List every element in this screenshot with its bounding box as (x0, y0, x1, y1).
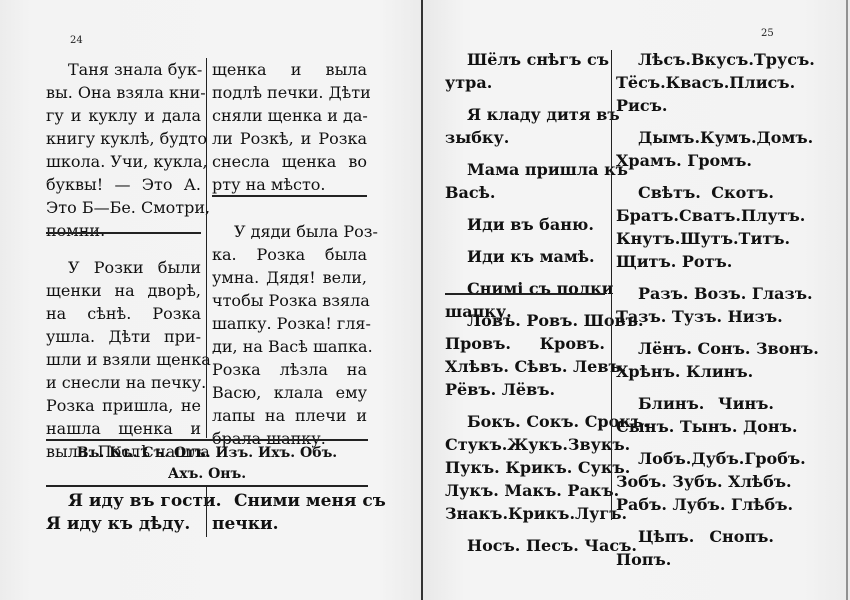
prepositions-line: Ахъ. Онъ. (46, 464, 368, 485)
sentence-going-visiting: Я иду въ гости.Я иду къ дѣду. (46, 490, 201, 536)
text-line: и снесли на печку. (46, 371, 201, 394)
text-line: утра. (445, 71, 605, 94)
text-line: Лукъ. Макъ. Ракъ. (445, 479, 605, 502)
divider (46, 485, 368, 487)
text-line: Сынъ. Тынъ. Донъ. (616, 415, 774, 438)
divider (212, 195, 367, 197)
text-line: Розка лѣзла на (212, 358, 367, 381)
text-line: Я иду къ дѣду. (46, 513, 201, 536)
text-line: Это Б—Бе. Смотри, (46, 196, 201, 219)
text-line: умна. Дядя! вели, (212, 266, 367, 289)
story-uncle-rozka: У дяди была Роз-ка. Розка былаумна. Дядя… (212, 220, 367, 450)
text-line: сняли щенка и да- (212, 104, 367, 127)
text-line: Хлѣвъ. Сѣвъ. Левъ. (445, 355, 605, 378)
text-line: Носъ. Песъ. Часъ. (445, 534, 605, 557)
word-group: Разъ. Возъ. Глазъ.Тазъ. Тузъ. Низъ. (616, 282, 774, 328)
text-line: Розка пришла, не (46, 394, 201, 417)
text-line: лапы на плечи и (212, 404, 367, 427)
page-number-left: 24 (70, 35, 83, 46)
text-line: Васѣ. (445, 181, 605, 204)
text-line: шапку. Розка! гля- (212, 312, 367, 335)
text-line: Попъ. (616, 548, 774, 571)
text-line: шли и взяли щенка (46, 348, 201, 371)
text-line: Ловъ. Ровъ. Шовъ. (445, 309, 605, 332)
column-rule (611, 50, 612, 520)
text-line: Хрѣнъ. Клинъ. (616, 360, 774, 383)
column-rule (206, 487, 207, 537)
text-line: Знакъ.Крикъ.Лугъ. (445, 502, 605, 525)
text-line: Пукъ. Крикъ. Сукъ. (445, 456, 605, 479)
text-line: Дымъ.Кумъ.Домъ. (616, 126, 774, 149)
sentence: Шёлъ снѣгъ съутра. (445, 48, 605, 94)
text-line: Васю, клала ему (212, 381, 367, 404)
story-rozka-puppies: У Розки былищенки на дворѣ,на сѣнѣ. Розк… (46, 256, 201, 463)
text-line: книгу куклѣ, будто (46, 127, 201, 150)
sentence: Иди къ мамѣ. (445, 245, 605, 268)
divider (445, 293, 605, 295)
text-line: Братъ.Сватъ.Плутъ. (616, 204, 774, 227)
story-tanya: Таня знала бук-вы. Она взяла кни-гу и ку… (46, 58, 201, 242)
sentences-column: Шёлъ снѣгъ съутра.Я кладу дитя възыбку.М… (445, 48, 605, 332)
sentence: Иди въ баню. (445, 213, 605, 236)
text-line: Иди къ мамѣ. (445, 245, 605, 268)
text-line: Сними меня съ (212, 490, 367, 513)
text-line: печки. (212, 513, 367, 536)
word-group: Носъ. Песъ. Часъ. (445, 534, 605, 557)
text-line: ли Розкѣ, и Розка (212, 127, 367, 150)
text-line: Таня знала бук- (46, 58, 201, 81)
text-line: на сѣнѣ. Розка (46, 302, 201, 325)
text-line: щенки на дворѣ, (46, 279, 201, 302)
word-group: Бокъ. Сокъ. Срокъ.Стукъ.Жукъ.Звукъ.Пукъ.… (445, 410, 605, 525)
text-line: Снимі съ полки (445, 277, 605, 300)
text-line: Лѣсъ.Вкусъ.Трусъ. (616, 48, 774, 71)
text-line: Стукъ.Жукъ.Звукъ. (445, 433, 605, 456)
page-number-right: 25 (761, 28, 774, 39)
text-line: помни. (46, 219, 201, 242)
text-line: Тазъ. Тузъ. Низъ. (616, 305, 774, 328)
story-continuation: щенка и вылаподлѣ печки. Дѣтисняли щенка… (212, 58, 367, 196)
text-line: зыбку. (445, 126, 605, 149)
book-spine (421, 0, 423, 600)
text-line: Рабъ. Лубъ. Глѣбъ. (616, 493, 774, 516)
text-line: Я иду въ гости. (46, 490, 201, 513)
text-line: снесла щенка во (212, 150, 367, 173)
word-groups-right: Лѣсъ.Вкусъ.Трусъ.Тёсъ.Квасъ.Плисъ.Рисъ.Д… (616, 48, 774, 580)
text-line: ди, на Васѣ шапка. (212, 335, 367, 358)
text-line: Провъ. Кровъ. (445, 332, 605, 355)
text-line: Тёсъ.Квасъ.Плисъ. (616, 71, 774, 94)
text-line: Кнутъ.Шутъ.Титъ. (616, 227, 774, 250)
word-group: Дымъ.Кумъ.Домъ.Храмъ. Громъ. (616, 126, 774, 172)
text-line: ка. Розка была (212, 243, 367, 266)
sentence: Мама пришла къВасѣ. (445, 158, 605, 204)
text-line: Иди въ баню. (445, 213, 605, 236)
text-line: рту на мѣсто. (212, 173, 367, 196)
text-line: Лобъ.Дубъ.Гробъ. (616, 447, 774, 470)
text-line: Цѣпъ. Снопъ. (616, 525, 774, 548)
text-line: чтобы Розка взяла (212, 289, 367, 312)
word-group: Лѣсъ.Вкусъ.Трусъ.Тёсъ.Квасъ.Плисъ.Рисъ. (616, 48, 774, 117)
text-line: щенка и выла (212, 58, 367, 81)
text-line: Я кладу дитя въ (445, 103, 605, 126)
column-rule (206, 58, 207, 438)
text-line: Лёнъ. Сонъ. Звонъ. (616, 337, 774, 360)
divider (46, 439, 368, 441)
text-line: Рисъ. (616, 94, 774, 117)
text-line: гу и куклу и дала (46, 104, 201, 127)
prepositions-list: Въ. Къ. Съ. Отъ. Изъ. Ихъ. Объ. Ахъ. Онъ… (46, 443, 368, 485)
text-line: подлѣ печки. Дѣти (212, 81, 367, 104)
text-line: ушла. Дѣти при- (46, 325, 201, 348)
text-line: школа. Учи, кукла, (46, 150, 201, 173)
word-group: Лобъ.Дубъ.Гробъ.Зобъ. Зубъ. Хлѣбъ.Рабъ. … (616, 447, 774, 516)
text-line: У дяди была Роз- (212, 220, 367, 243)
page-edge (846, 0, 848, 600)
word-group: Блинъ. Чинъ.Сынъ. Тынъ. Донъ. (616, 392, 774, 438)
text-line: Бокъ. Сокъ. Срокъ. (445, 410, 605, 433)
text-line: Свѣтъ. Скотъ. (616, 181, 774, 204)
word-group: Цѣпъ. Снопъ.Попъ. (616, 525, 774, 571)
prepositions-line: Въ. Къ. Съ. Отъ. Изъ. Ихъ. Объ. (46, 443, 368, 464)
text-line: У Розки были (46, 256, 201, 279)
text-line: вы. Она взяла кни- (46, 81, 201, 104)
text-line: буквы! — Это А. (46, 173, 201, 196)
word-groups-left: Ловъ. Ровъ. Шовъ.Провъ. Кровъ.Хлѣвъ. Сѣв… (445, 309, 605, 566)
text-line: Мама пришла къ (445, 158, 605, 181)
word-group: Лёнъ. Сонъ. Звонъ.Хрѣнъ. Клинъ. (616, 337, 774, 383)
text-line: нашла щенка и (46, 417, 201, 440)
text-line: Зобъ. Зубъ. Хлѣбъ. (616, 470, 774, 493)
text-line: Блинъ. Чинъ. (616, 392, 774, 415)
text-line: Разъ. Возъ. Глазъ. (616, 282, 774, 305)
word-group: Ловъ. Ровъ. Шовъ.Провъ. Кровъ.Хлѣвъ. Сѣв… (445, 309, 605, 401)
sentence-take-me-down: Сними меня съпечки. (212, 490, 367, 536)
text-line: Храмъ. Громъ. (616, 149, 774, 172)
word-group: Свѣтъ. Скотъ.Братъ.Сватъ.Плутъ.Кнутъ.Шут… (616, 181, 774, 273)
sentence: Я кладу дитя възыбку. (445, 103, 605, 149)
divider (46, 232, 201, 234)
text-line: Рёвъ. Лёвъ. (445, 378, 605, 401)
text-line: Щитъ. Ротъ. (616, 250, 774, 273)
text-line: Шёлъ снѣгъ съ (445, 48, 605, 71)
